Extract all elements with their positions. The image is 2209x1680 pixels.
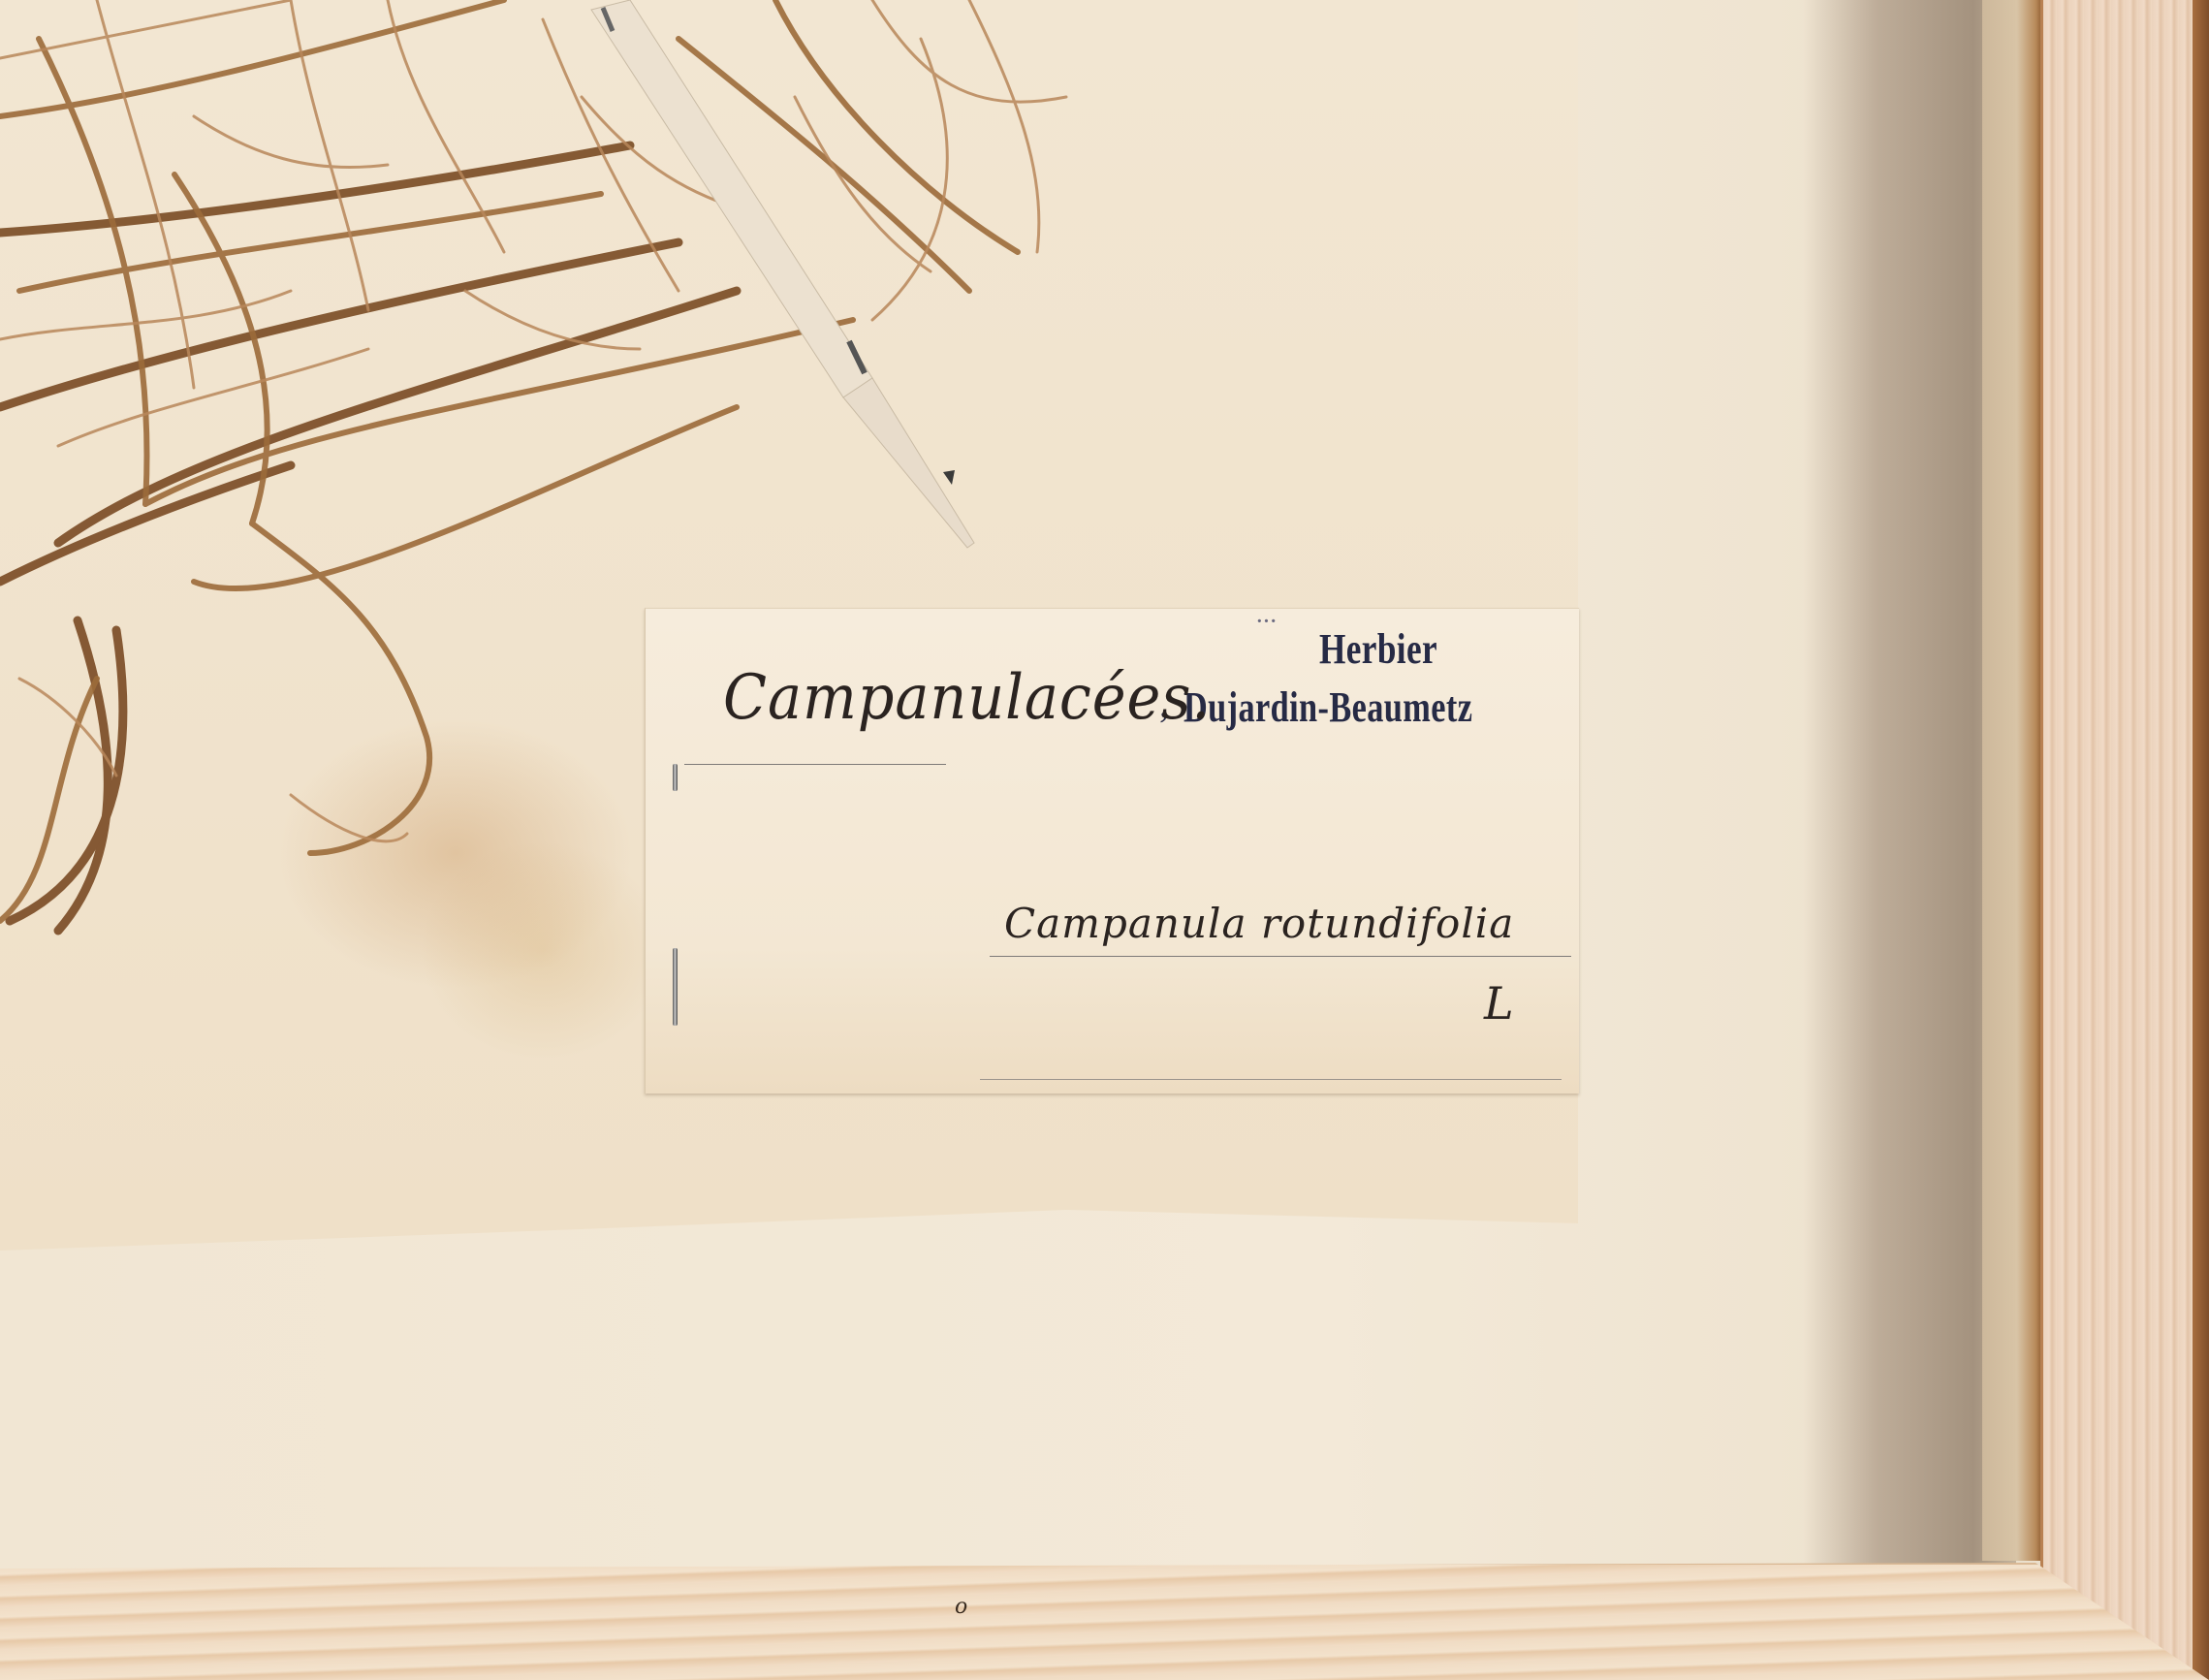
- specimen-label: ··· Herbier , Dujardin-Beaumetz Campanul…: [645, 608, 1579, 1094]
- family-underline: [684, 764, 946, 765]
- frame-right-outer-edge: [2193, 0, 2209, 1680]
- frame-inner-lip: [1982, 0, 2040, 1561]
- pin-lower: [673, 948, 678, 1026]
- author-abbreviation: L: [1484, 977, 1514, 1030]
- stamp-herbier: Herbier: [1319, 624, 1437, 674]
- pin-upper: [673, 764, 678, 791]
- frame-bottom-rail: [0, 1563, 2209, 1680]
- species-name: Campanula rotundifolia: [1004, 900, 1514, 947]
- family-name: Campanulacées.: [723, 662, 1211, 734]
- stamp-dots: ···: [1256, 611, 1278, 633]
- stamp-collection-name: Dujardin-Beaumetz: [1183, 682, 1472, 732]
- frame-right-rail: [2040, 0, 2209, 1680]
- pencil-mark: o: [955, 1595, 967, 1619]
- species-underline: [990, 956, 1571, 957]
- bottom-rule: [980, 1079, 1562, 1080]
